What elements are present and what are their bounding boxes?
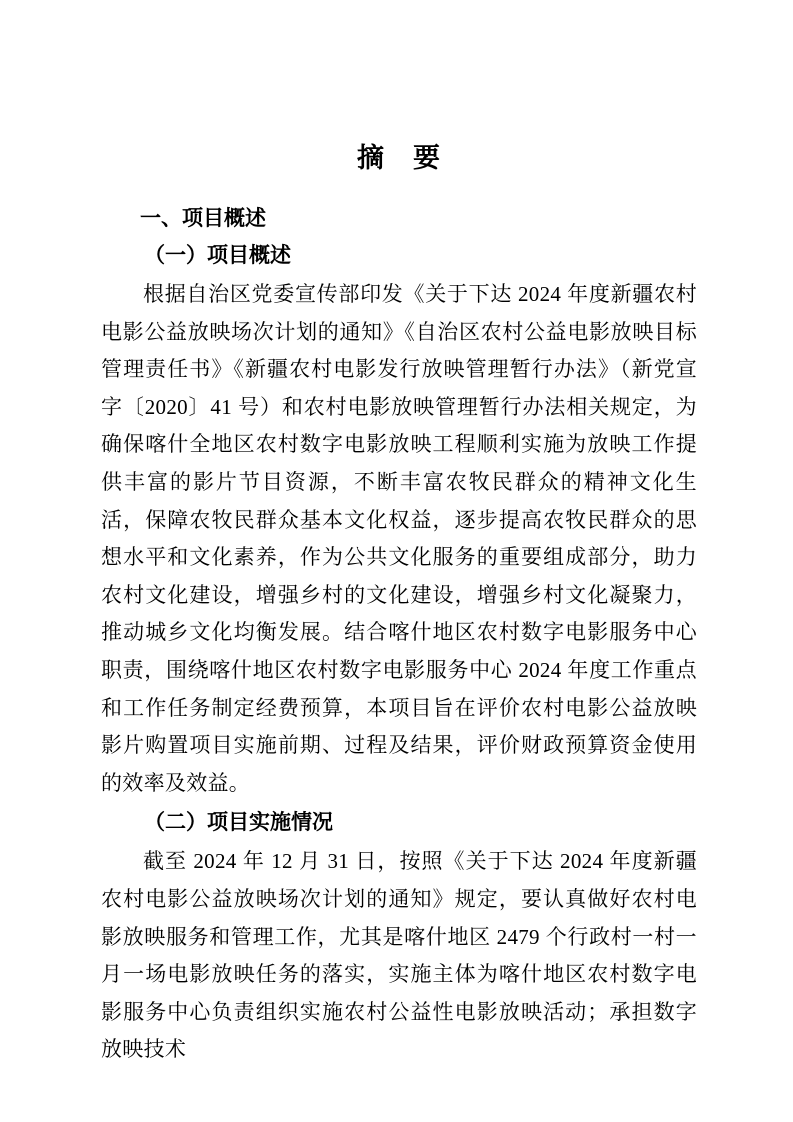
section-heading-project-overview: 一、项目概述 xyxy=(101,203,697,235)
paragraph-implementation-status: 截至 2024 年 12 月 31 日，按照《关于下达 2024 年度新疆农村电… xyxy=(101,843,697,1069)
document-content: 摘 要 一、项目概述 （一）项目概述 根据自治区党委宣传部印发《关于下达 202… xyxy=(101,0,697,1069)
subsection-heading-implementation-status: （二）项目实施情况 xyxy=(101,806,697,838)
document-title: 摘 要 xyxy=(101,0,697,176)
document-page: 摘 要 一、项目概述 （一）项目概述 根据自治区党委宣传部印发《关于下达 202… xyxy=(0,0,793,1122)
subsection-heading-project-overview: （一）项目概述 xyxy=(101,239,697,271)
paragraph-project-overview: 根据自治区党委宣传部印发《关于下达 2024 年度新疆农村电影公益放映场次计划的… xyxy=(101,276,697,802)
